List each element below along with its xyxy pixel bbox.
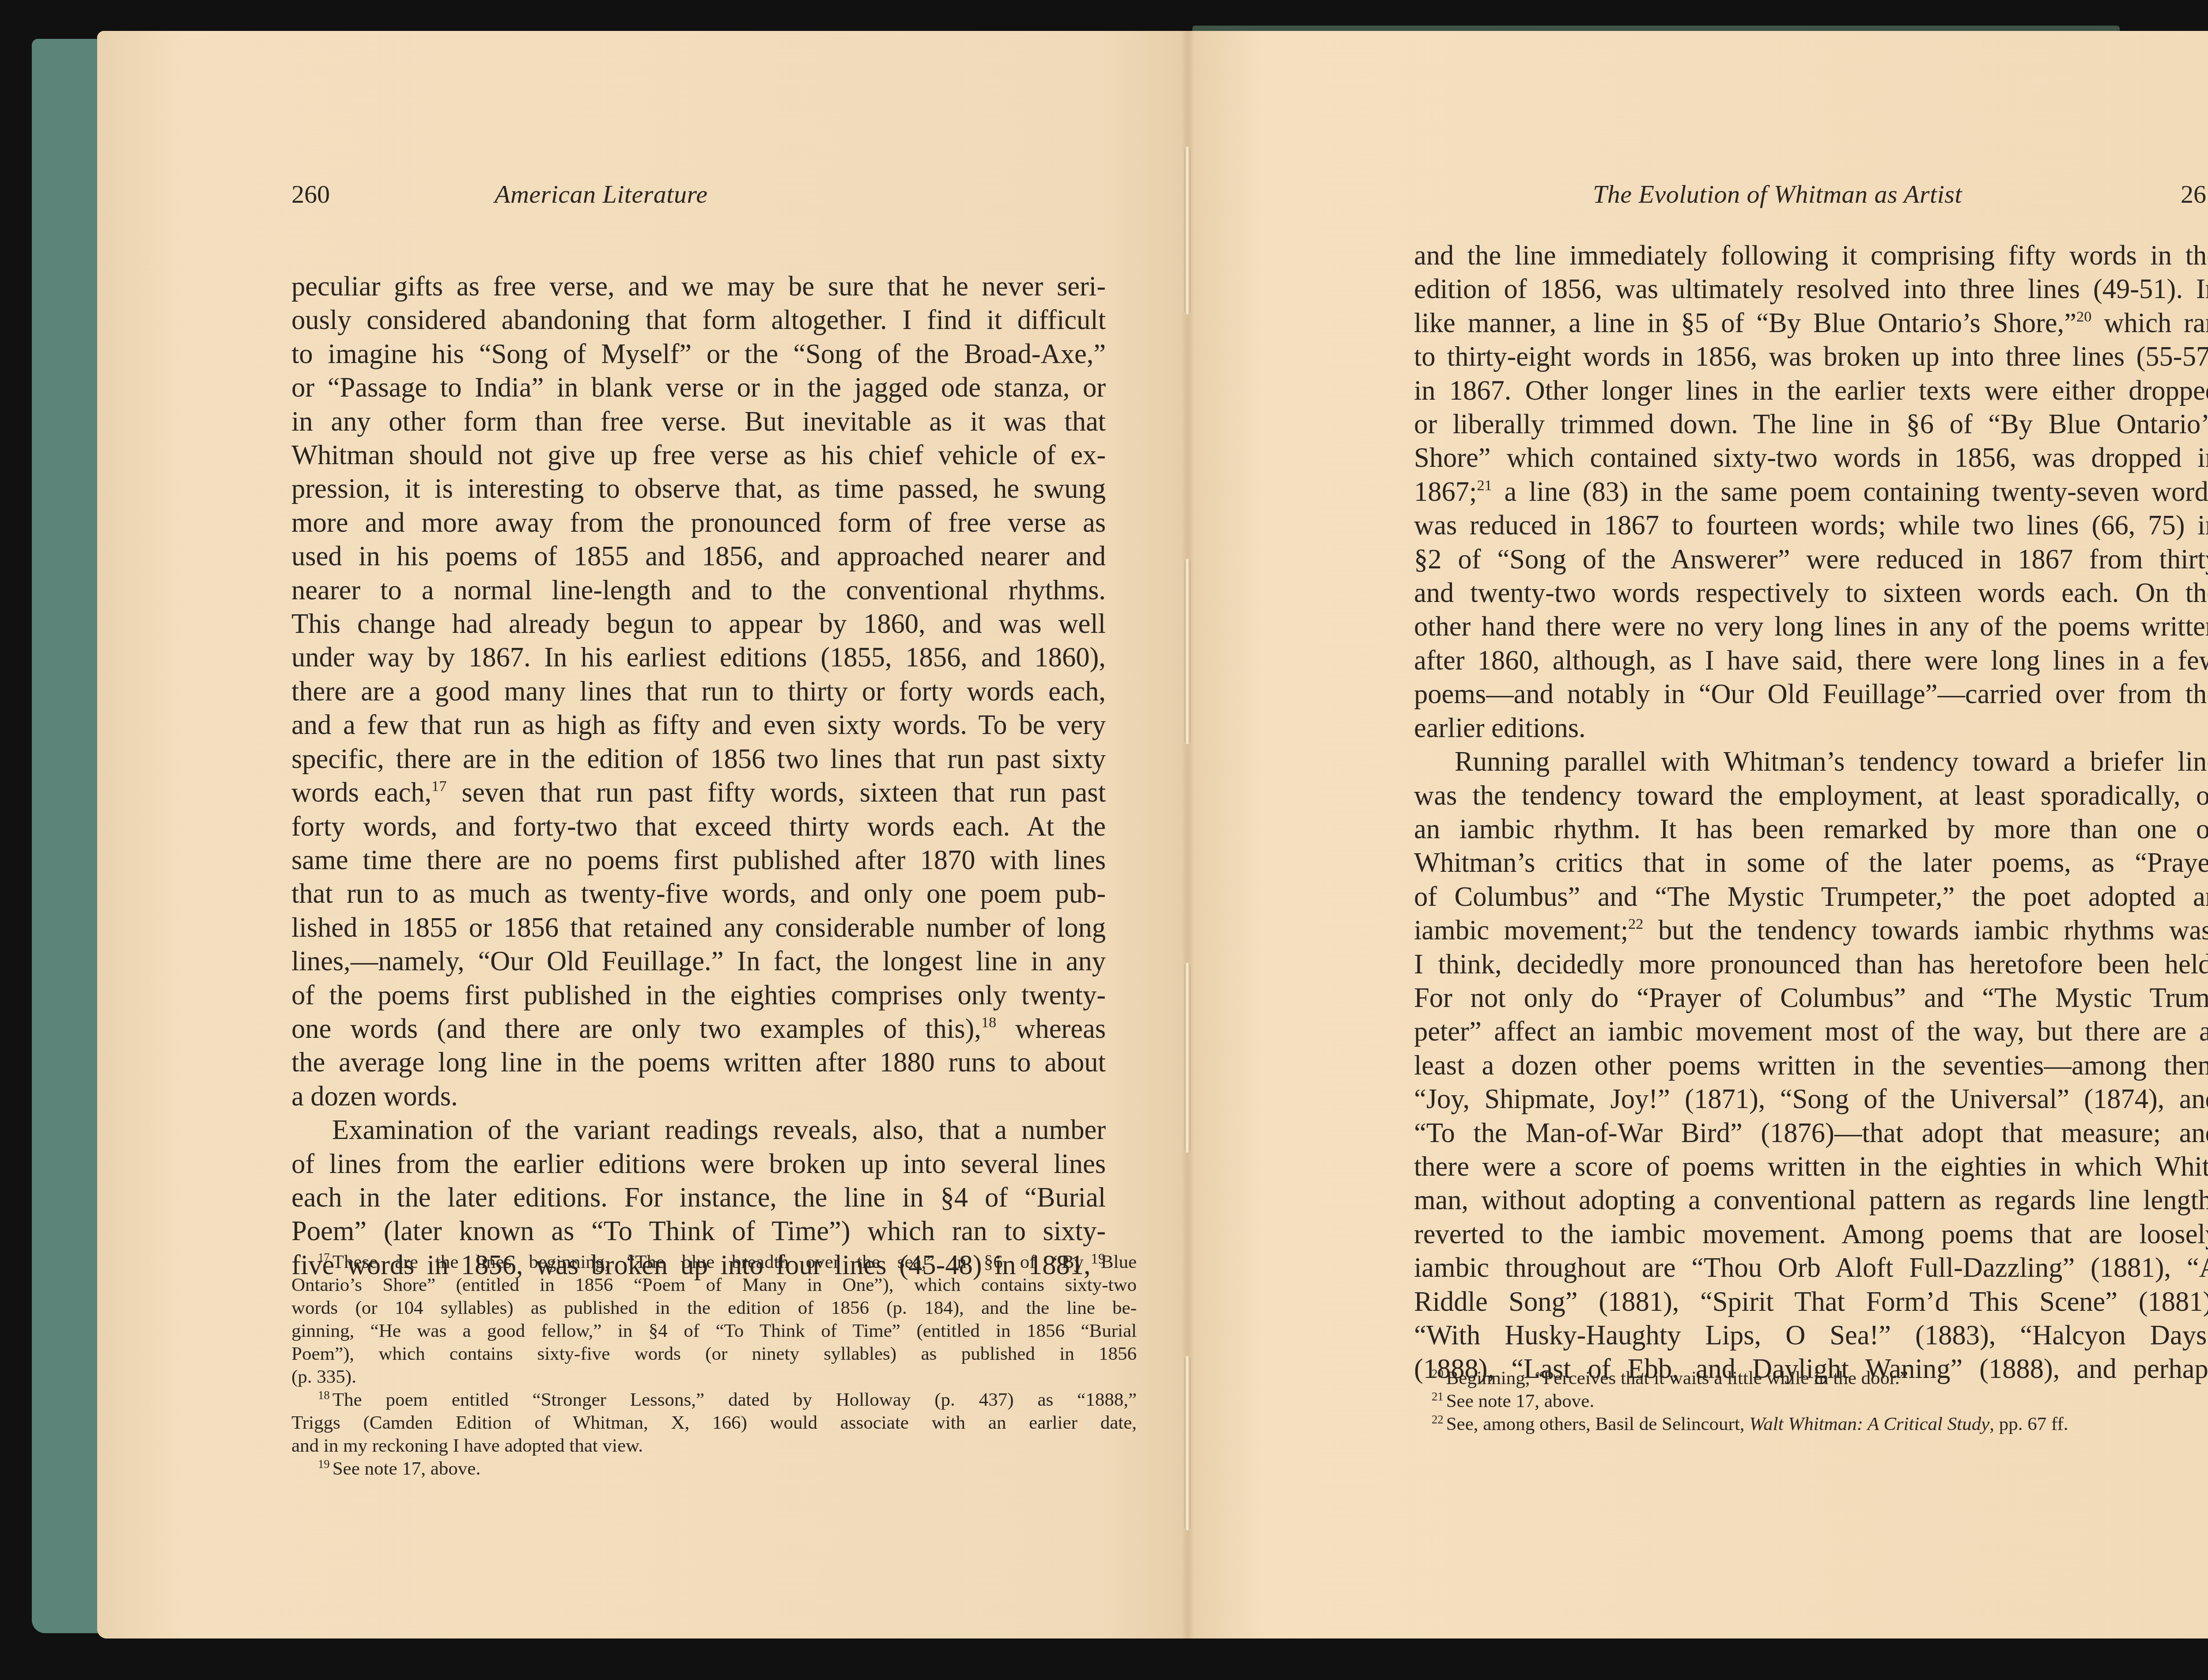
footnote-17-line: 17These are the lines beginning, “The bl… [291, 1251, 1137, 1274]
text-line: or “Passage to India” in blank verse or … [291, 371, 1106, 404]
footnote-number: 20 [1432, 1367, 1444, 1380]
text-line: forty words, and forty-two that exceed t… [291, 810, 1106, 843]
text-line: Running parallel with Whitman’s tendency… [1414, 745, 2208, 778]
footnote-19-line: 19See note 17, above. [291, 1457, 1137, 1480]
text-line: “With Husky-Haughty Lips, O Sea!” (1883)… [1414, 1318, 2208, 1352]
text-line: §2 of “Song of the Answerer” were reduce… [1414, 542, 2208, 576]
text-line: Whitman should not give up free verse as… [291, 438, 1106, 472]
footnote-reference: 20 [2076, 308, 2091, 325]
text-line: lished in 1855 or 1856 that retained any… [291, 911, 1106, 944]
cited-book-title: Walt Whitman: A Critical Study [1749, 1414, 1989, 1434]
text-line: other hand there were no very long lines… [1414, 609, 2208, 643]
page-number-left: 260 [291, 179, 330, 210]
text-line: to imagine his “Song of Myself” or the “… [291, 337, 1106, 371]
text-line: an iambic rhythm. It has been remarked b… [1414, 812, 2208, 846]
footnote-number: 18 [318, 1389, 330, 1402]
text-line: more and more away from the pronounced f… [291, 506, 1106, 539]
left-footnotes: 17These are the lines beginning, “The bl… [291, 1251, 1137, 1480]
footnote-reference: 21 [1477, 477, 1492, 494]
text-line: lines,—namely, “Our Old Feuillage.” In f… [291, 944, 1106, 978]
footnote-number: 19 [318, 1457, 330, 1471]
text-line: earlier editions. [1414, 711, 2208, 745]
footnote-number: 22 [1432, 1413, 1444, 1426]
text-line: I think, decidedly more pronounced than … [1414, 947, 2208, 981]
footnote-20: 20Beginning, “Perceives that it waits a … [1432, 1367, 2208, 1390]
text-line: least a dozen other poems written in the… [1414, 1048, 2208, 1082]
binding-stitch [1184, 147, 1191, 314]
left-page: 260 American Literature peculiar gifts a… [97, 31, 1188, 1638]
footnote-17-line: ginning, “He was a good fellow,” in §4 o… [291, 1320, 1137, 1343]
footnote-17-line: (p. 335). [291, 1366, 1137, 1389]
footnote-number: 21 [1432, 1390, 1444, 1403]
text-line: that run to as much as twenty-five words… [291, 877, 1106, 910]
binding-stitch [1184, 559, 1191, 744]
text-line: Examination of the variant readings reve… [291, 1113, 1106, 1146]
text-line: to thirty-eight words in 1856, was broke… [1414, 340, 2208, 373]
text-line: For not only do “Prayer of Columbus” and… [1414, 981, 2208, 1014]
running-head-left: American Literature [495, 179, 708, 210]
text-line: there were a score of poems written in t… [1414, 1150, 2208, 1183]
text-line: peter” affect an iambic movement most of… [1414, 1014, 2208, 1048]
text-line: of the poems first published in the eigh… [291, 978, 1106, 1012]
binding-stitch [1184, 963, 1191, 1153]
binding-stitch [1184, 1356, 1191, 1530]
text-line: the average long line in the poems writt… [291, 1045, 1106, 1079]
text-line: specific, there are in the edition of 18… [291, 742, 1106, 776]
book-spread: 260 American Literature peculiar gifts a… [97, 31, 2208, 1638]
text-line: same time there are no poems first publi… [291, 843, 1106, 877]
page-number-right: 261 [2181, 179, 2208, 210]
footnote-reference: 17 [431, 778, 446, 795]
text-line: words each,17 seven that run past fifty … [291, 776, 1106, 809]
text-line: iambic throughout are “Thou Orb Aloft Fu… [1414, 1251, 2208, 1284]
text-line: pression, it is interesting to observe t… [291, 472, 1106, 505]
text-line: each in the later editions. For instance… [291, 1181, 1106, 1214]
footnote-number: 17 [318, 1251, 330, 1264]
text-line: was the tendency toward the employment, … [1414, 779, 2208, 812]
running-head-right: The Evolution of Whitman as Artist [1593, 179, 1962, 210]
text-line: peculiar gifts as free verse, and we may… [291, 269, 1106, 303]
text-line: after 1860, although, as I have said, th… [1414, 643, 2208, 677]
text-line: man, without adopting a conventional pat… [1414, 1183, 2208, 1217]
footnote-22: 22See, among others, Basil de Selincourt… [1432, 1413, 2208, 1436]
text-line: of Columbus” and “The Mystic Trumpeter,”… [1414, 880, 2208, 913]
text-line: there are a good many lines that run to … [291, 674, 1106, 708]
text-line: a dozen words. [291, 1079, 1106, 1113]
text-line: Riddle Song” (1881), “Spirit That Form’d… [1414, 1285, 2208, 1318]
footnote-18-line: Triggs (Camden Edition of Whitman, X, 16… [291, 1411, 1137, 1434]
text-line: was reduced in 1867 to fourteen words; w… [1414, 508, 2208, 542]
text-line: 1867;21 a line (83) in the same poem con… [1414, 475, 2208, 508]
right-footnotes: 20Beginning, “Perceives that it waits a … [1432, 1367, 2208, 1436]
right-body-text: and the line immediately following it co… [1414, 238, 2208, 1386]
text-line: one words (and there are only two exampl… [291, 1012, 1106, 1045]
text-line: poems—and notably in “Our Old Feuillage”… [1414, 677, 2208, 711]
footnote-reference: 22 [1628, 916, 1643, 932]
text-line: or liberally trimmed down. The line in §… [1414, 407, 2208, 441]
text-line: reverted to the iambic movement. Among p… [1414, 1217, 2208, 1251]
footnote-18-line: and in my reckoning I have adopted that … [291, 1434, 1137, 1457]
text-line: “Joy, Shipmate, Joy!” (1871), “Song of t… [1414, 1082, 2208, 1116]
text-line: This change had already begun to appear … [291, 607, 1106, 640]
text-line: and the line immediately following it co… [1414, 238, 2208, 272]
text-line: Whitman’s critics that in some of the la… [1414, 846, 2208, 879]
text-line: like manner, a line in §5 of “By Blue On… [1414, 306, 2208, 340]
text-line: and a few that run as high as fifty and … [291, 708, 1106, 742]
text-line: edition of 1856, was ultimately resolved… [1414, 272, 2208, 306]
text-line: used in his poems of 1855 and 1856, and … [291, 539, 1106, 573]
text-line: Poem” (later known as “To Think of Time”… [291, 1214, 1106, 1248]
text-line: under way by 1867. In his earliest editi… [291, 640, 1106, 674]
text-line: of lines from the earlier editions were … [291, 1147, 1106, 1181]
text-line: ously considered abandoning that form al… [291, 303, 1106, 337]
footnote-17-line: Ontario’s Shore” (entitled in 1856 “Poem… [291, 1274, 1137, 1297]
text-line: in 1867. Other longer lines in the earli… [1414, 374, 2208, 407]
text-line: iambic movement;22 but the tendency towa… [1414, 913, 2208, 947]
text-line: nearer to a normal line-length and to th… [291, 573, 1106, 607]
footnote-17-line: words (or 104 syllables) as published in… [291, 1297, 1137, 1320]
text-line: and twenty-two words respectively to six… [1414, 576, 2208, 609]
footnote-21: 21See note 17, above. [1432, 1390, 2208, 1413]
left-body-text: peculiar gifts as free verse, and we may… [291, 269, 1106, 1282]
footnote-18-line: 18The poem entitled “Stronger Lessons,” … [291, 1389, 1137, 1411]
text-line: “To the Man-of-War Bird” (1876)—that ado… [1414, 1116, 2208, 1150]
right-page: The Evolution of Whitman as Artist 261 a… [1188, 31, 2208, 1638]
text-line: in any other form than free verse. But i… [291, 405, 1106, 438]
text-line: Shore” which contained sixty-two words i… [1414, 441, 2208, 474]
footnote-reference: 18 [981, 1014, 996, 1031]
footnote-17-line: Poem”), which contains sixty-five words … [291, 1343, 1137, 1366]
